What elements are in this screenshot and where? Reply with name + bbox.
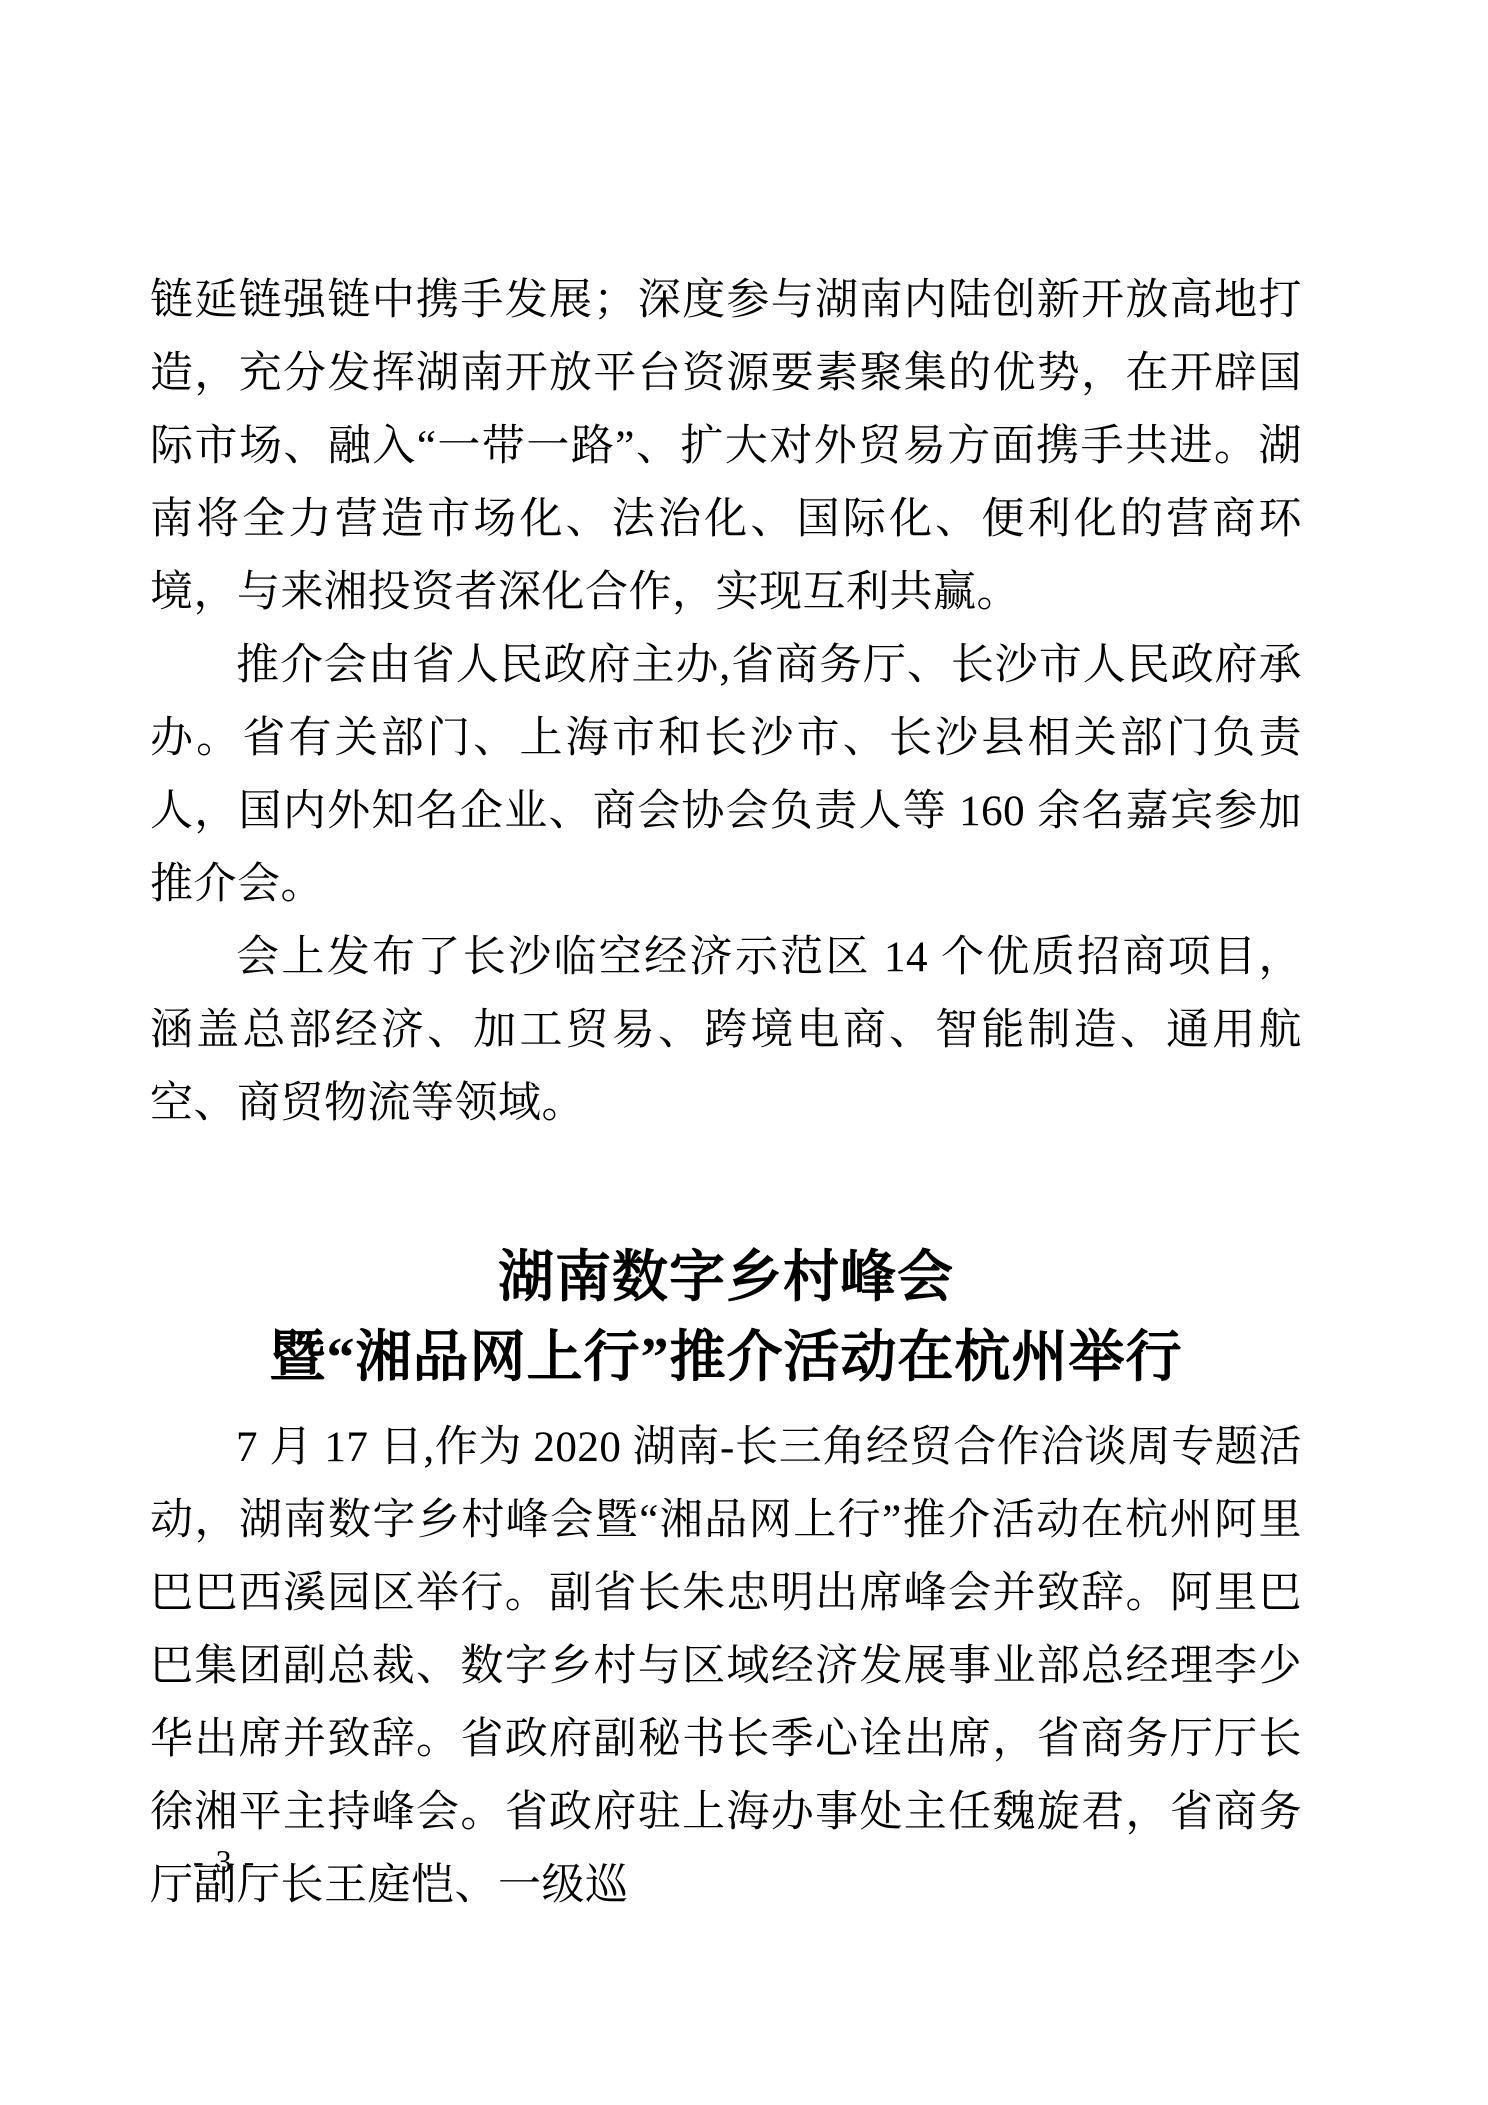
document-body-lower: 7 月 17 日,作为 2020 湖南-长三角经贸合作洽谈周专题活动，湖南数字乡… (150, 1411, 1302, 1922)
document-body-upper: 链延链强链中携手发展；深度参与湖南内陆创新开放高地打造，充分发挥湖南开放平台资源… (150, 264, 1302, 1140)
article-title-line1: 湖南数字乡村峰会 (150, 1238, 1302, 1318)
paragraph-digital-village-summit: 7 月 17 日,作为 2020 湖南-长三角经贸合作洽谈周专题活动，湖南数字乡… (150, 1411, 1302, 1922)
article-title-line2: 暨“湘品网上行”推介活动在杭州举行 (150, 1318, 1302, 1398)
paragraph-event-organizers: 推介会由省人民政府主办,省商务厅、长沙市人民政府承办。省有关部门、上海市和长沙市… (150, 629, 1302, 921)
article-title: 湖南数字乡村峰会 暨“湘品网上行”推介活动在杭州举行 (150, 1238, 1302, 1398)
page-number: - 3 - (193, 1843, 256, 1879)
document-page: 链延链强链中携手发展；深度参与湖南内陆创新开放高地打造，充分发挥湖南开放平台资源… (0, 0, 1488, 2105)
paragraph-investment-projects: 会上发布了长沙临空经济示范区 14 个优质招商项目，涵盖总部经济、加工贸易、跨境… (150, 921, 1302, 1140)
paragraph-cooperation-continuation: 链延链强链中携手发展；深度参与湖南内陆创新开放高地打造，充分发挥湖南开放平台资源… (150, 264, 1302, 629)
